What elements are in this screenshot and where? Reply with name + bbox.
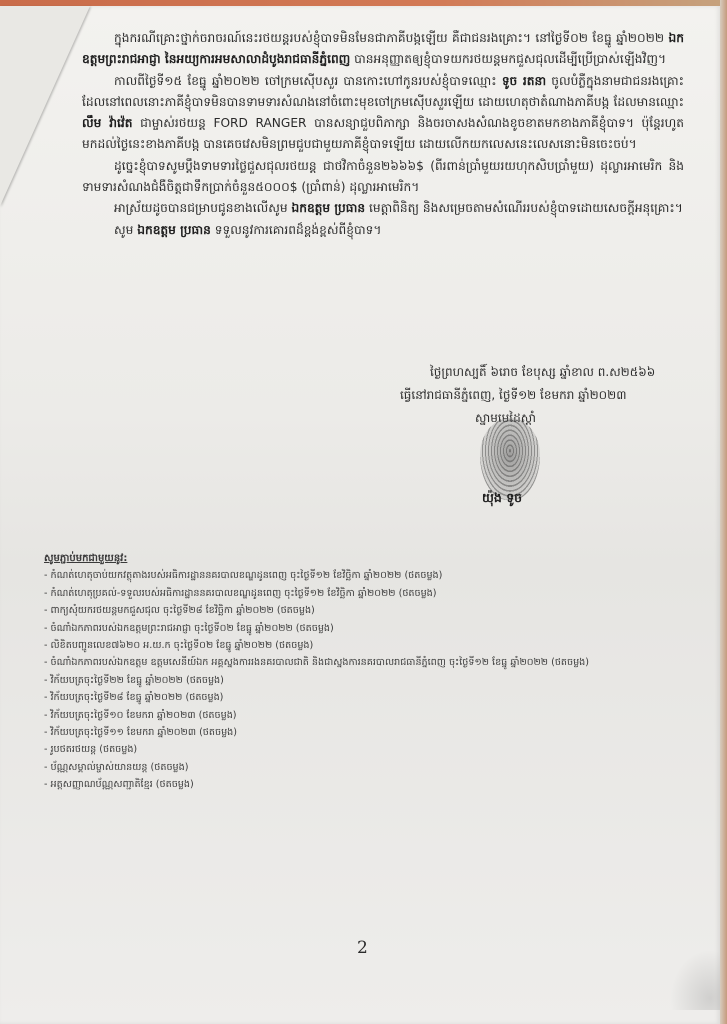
paragraph-text: ទទួលនូវការគោរពដ៏ខ្ពង់ខ្ពស់ពីខ្ញុំបាទ។ (211, 223, 382, 237)
attachment-item: - វិក័យបត្រចុះថ្ងៃទី២៨ ខែធ្នូ ឆ្នាំ២០២២ … (44, 689, 684, 706)
paragraph: ក្នុងករណីគ្រោះថ្នាក់ចរាចរណ៍នេះរថយន្តរបស់… (82, 28, 684, 71)
page-number: 2 (357, 938, 368, 958)
place-and-date: ធ្វើនៅរាជធានីភ្នំពេញ, ថ្ងៃទី១២ ខែមករា ឆ្… (400, 385, 627, 406)
signer-name: យ៉ុង ទូច (482, 490, 522, 509)
emphasized-text: ឯកឧត្តម ប្រធាន (137, 223, 211, 237)
attachment-item: - ពាក្យសុំយករថយន្តមកជួសជុល ចុះថ្ងៃទី២៨ ខ… (44, 602, 684, 619)
paragraph-text: បានអនុញ្ញាតឲ្យខ្ញុំបាទយករថយន្តមកជួសជុលដើ… (350, 52, 666, 66)
paragraph-text: កាលពីថ្ងៃទី១៥ ខែធ្នូ ឆ្នាំ២០២២ ចៅក្រមស៊ើ… (114, 74, 502, 88)
attachment-item: - អត្តសញ្ញាណប័ណ្ណសញ្ជាតិខ្មែរ (ថតចម្លង) (44, 776, 684, 793)
folded-corner (0, 6, 90, 206)
attachment-item: - កំណត់ហេតុប្រគល់-ទទួលរបស់អធិការដ្ឋាននគរ… (44, 585, 684, 602)
paragraph-text: ក្នុងករណីគ្រោះថ្នាក់ចរាចរណ៍នេះរថយន្តរបស់… (114, 31, 669, 45)
paragraph-text: ជាម្ចាស់រថយន្ត FORD RANGER បានសន្យាជួបពិ… (82, 116, 684, 151)
attachment-item: - វិក័យបត្រចុះថ្ងៃទី២២ ខែធ្នូ ឆ្នាំ២០២២ … (44, 672, 684, 689)
attachment-item: - ចំណាំឯកភាពរបស់ឯកឧត្តម ឧត្តមសេនីយ៍ឯក អគ… (44, 654, 684, 671)
letter-body: ក្នុងករណីគ្រោះថ្នាក់ចរាចរណ៍នេះរថយន្តរបស់… (82, 28, 684, 241)
attachment-item: - រូបថតរថយន្ត (ថតចម្លង) (44, 741, 684, 758)
shadow (670, 950, 720, 1010)
paragraph-text: ដូច្នេះខ្ញុំបាទសូមប្តឹងទាមទារថ្លៃជួសជុលរ… (82, 159, 684, 194)
emphasized-text: ទូច រតនា (502, 74, 546, 88)
paragraph: អាស្រ័យដូចបានជម្រាបជូនខាងលើសូម ឯកឧត្តម ប… (82, 198, 684, 219)
attachment-item: - លិខិតបញ្ជូនលេខ៧៦២០ អ.យ.ក ចុះថ្ងៃទី០២ ខ… (44, 637, 684, 654)
attachment-item: - កំណត់ហេតុចាប់យកវត្ថុតាងរបស់អធិការដ្ឋាន… (44, 567, 684, 584)
attachment-item: - ចំណាំឯកភាពរបស់ឯកឧត្តមព្រះរាជអាជ្ញា ចុះ… (44, 620, 684, 637)
page-edge (720, 0, 727, 1024)
paragraph: សូម ឯកឧត្តម ប្រធាន ទទួលនូវការគោរពដ៏ខ្ពង់… (82, 220, 684, 241)
paragraph: ដូច្នេះខ្ញុំបាទសូមប្តឹងទាមទារថ្លៃជួសជុលរ… (82, 156, 684, 199)
paragraph-text: អាស្រ័យដូចបានជម្រាបជូនខាងលើសូម (114, 201, 291, 215)
attachment-item: - វិក័យបត្រចុះថ្ងៃទី១១ ខែមករា ឆ្នាំ២០២៣ … (44, 724, 684, 741)
attachment-item: - វិក័យបត្រចុះថ្ងៃទី១០ ខែមករា ឆ្នាំ២០២៣ … (44, 707, 684, 724)
lunar-date: ថ្ងៃព្រហស្បតិ៍ ៦រោច ខែបុស្ស ឆ្នាំខាល ព.ស… (430, 362, 655, 383)
emphasized-text: លឹម វ៉ាវ៉េត (82, 116, 133, 130)
attachments-list: សូមភ្ជាប់មកជាមួយនូវ: - កំណត់ហេតុចាប់យកវត… (44, 550, 684, 794)
attachments-title: សូមភ្ជាប់មកជាមួយនូវ: (44, 550, 684, 567)
paragraph-text: សូម (114, 223, 137, 237)
paragraph-text: មេត្តាពិនិត្យ និងសម្រេចតាមសំណើររបស់ខ្ញុំ… (365, 201, 683, 215)
paragraph: កាលពីថ្ងៃទី១៥ ខែធ្នូ ឆ្នាំ២០២២ ចៅក្រមស៊ើ… (82, 71, 684, 156)
attachment-item: - ប័ណ្ណសម្គាល់ម្ចាស់យានយន្ត (ថតចម្លង) (44, 759, 684, 776)
emphasized-text: ឯកឧត្តម ប្រធាន (291, 201, 365, 215)
thumbprint-icon (480, 418, 540, 500)
